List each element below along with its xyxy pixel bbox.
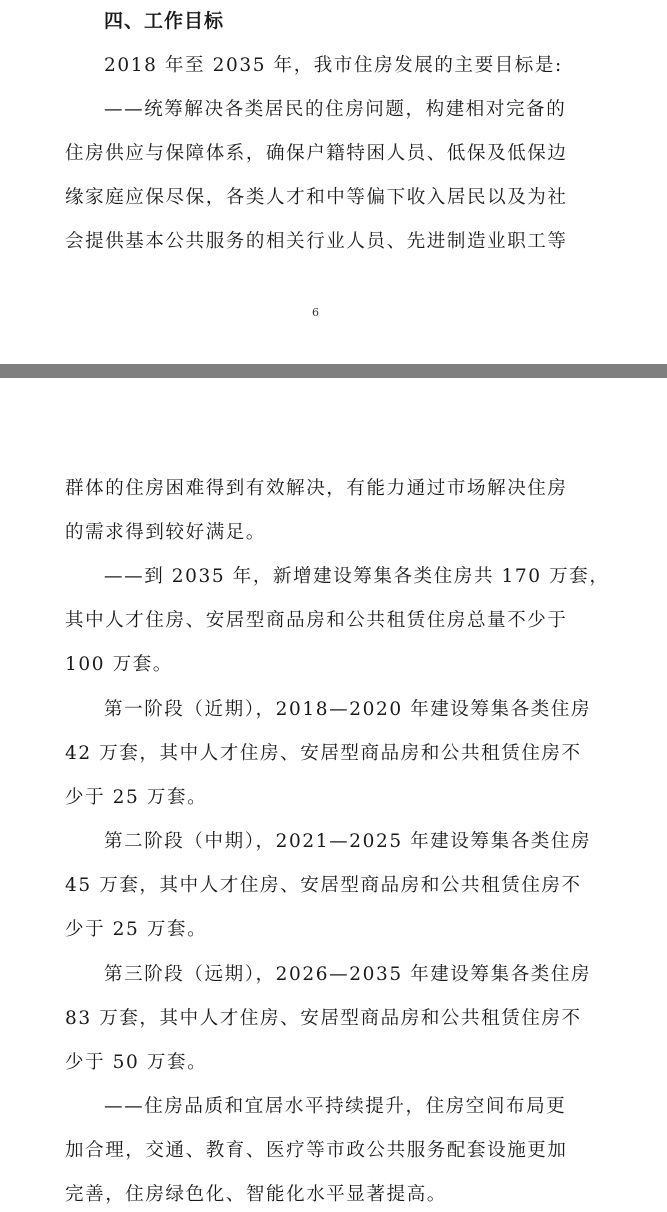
paragraph-line: 完善，住房绿色化、智能化水平显著提高。 [65,1183,447,1207]
paragraph-line: 少于 25 万套。 [65,918,207,942]
page-number: 6 [312,306,319,319]
paragraph-line: 群体的住房困难得到有效解决，有能力通过市场解决住房 [65,477,568,501]
page-separator [0,364,667,378]
document-page-6: 四、工作目标 2018 年至 2035 年，我市住房发展的主要目标是: ——统筹… [0,0,667,364]
paragraph-line: 缘家庭应保尽保，各类人才和中等偏下收入居民以及为社 [65,186,568,210]
paragraph-line: 83 万套，其中人才住房、安居型商品房和公共租赁住房不 [65,1007,582,1031]
paragraph-line: 第二阶段（中期），2021—2025 年建设筹集各类住房 [104,830,591,854]
paragraph-line: 其中人才住房、安居型商品房和公共租赁住房总量不少于 [65,609,568,633]
paragraph-line: 100 万套。 [65,653,173,677]
paragraph-line: 45 万套，其中人才住房、安居型商品房和公共租赁住房不 [65,874,582,898]
document-page-7: 群体的住房困难得到有效解决，有能力通过市场解决住房 的需求得到较好满足。 ——到… [0,378,667,1212]
paragraph-line: 42 万套，其中人才住房、安居型商品房和公共租赁住房不 [65,742,582,766]
paragraph-line: 住房供应与保障体系，确保户籍特困人员、低保及低保边 [65,142,568,166]
paragraph-line: 2018 年至 2035 年，我市住房发展的主要目标是: [104,54,563,78]
paragraph-line: ——到 2035 年，新增建设筹集各类住房共 170 万套， [104,565,609,589]
paragraph-line: 少于 50 万套。 [65,1051,207,1075]
paragraph-line: 的需求得到较好满足。 [65,521,266,545]
paragraph-line: 会提供基本公共服务的相关行业人员、先进制造业职工等 [65,230,568,254]
paragraph-line: ——统筹解决各类居民的住房问题，构建相对完备的 [104,98,566,122]
paragraph-line: 少于 25 万套。 [65,786,207,810]
paragraph-line: 第一阶段（近期），2018—2020 年建设筹集各类住房 [104,698,591,722]
paragraph-line: 第三阶段（远期），2026—2035 年建设筹集各类住房 [104,963,591,987]
paragraph-line: ——住房品质和宜居水平持续提升，住房空间布局更 [104,1095,566,1119]
section-heading: 四、工作目标 [104,9,224,33]
paragraph-line: 加合理，交通、教育、医疗等市政公共服务配套设施更加 [65,1139,568,1163]
